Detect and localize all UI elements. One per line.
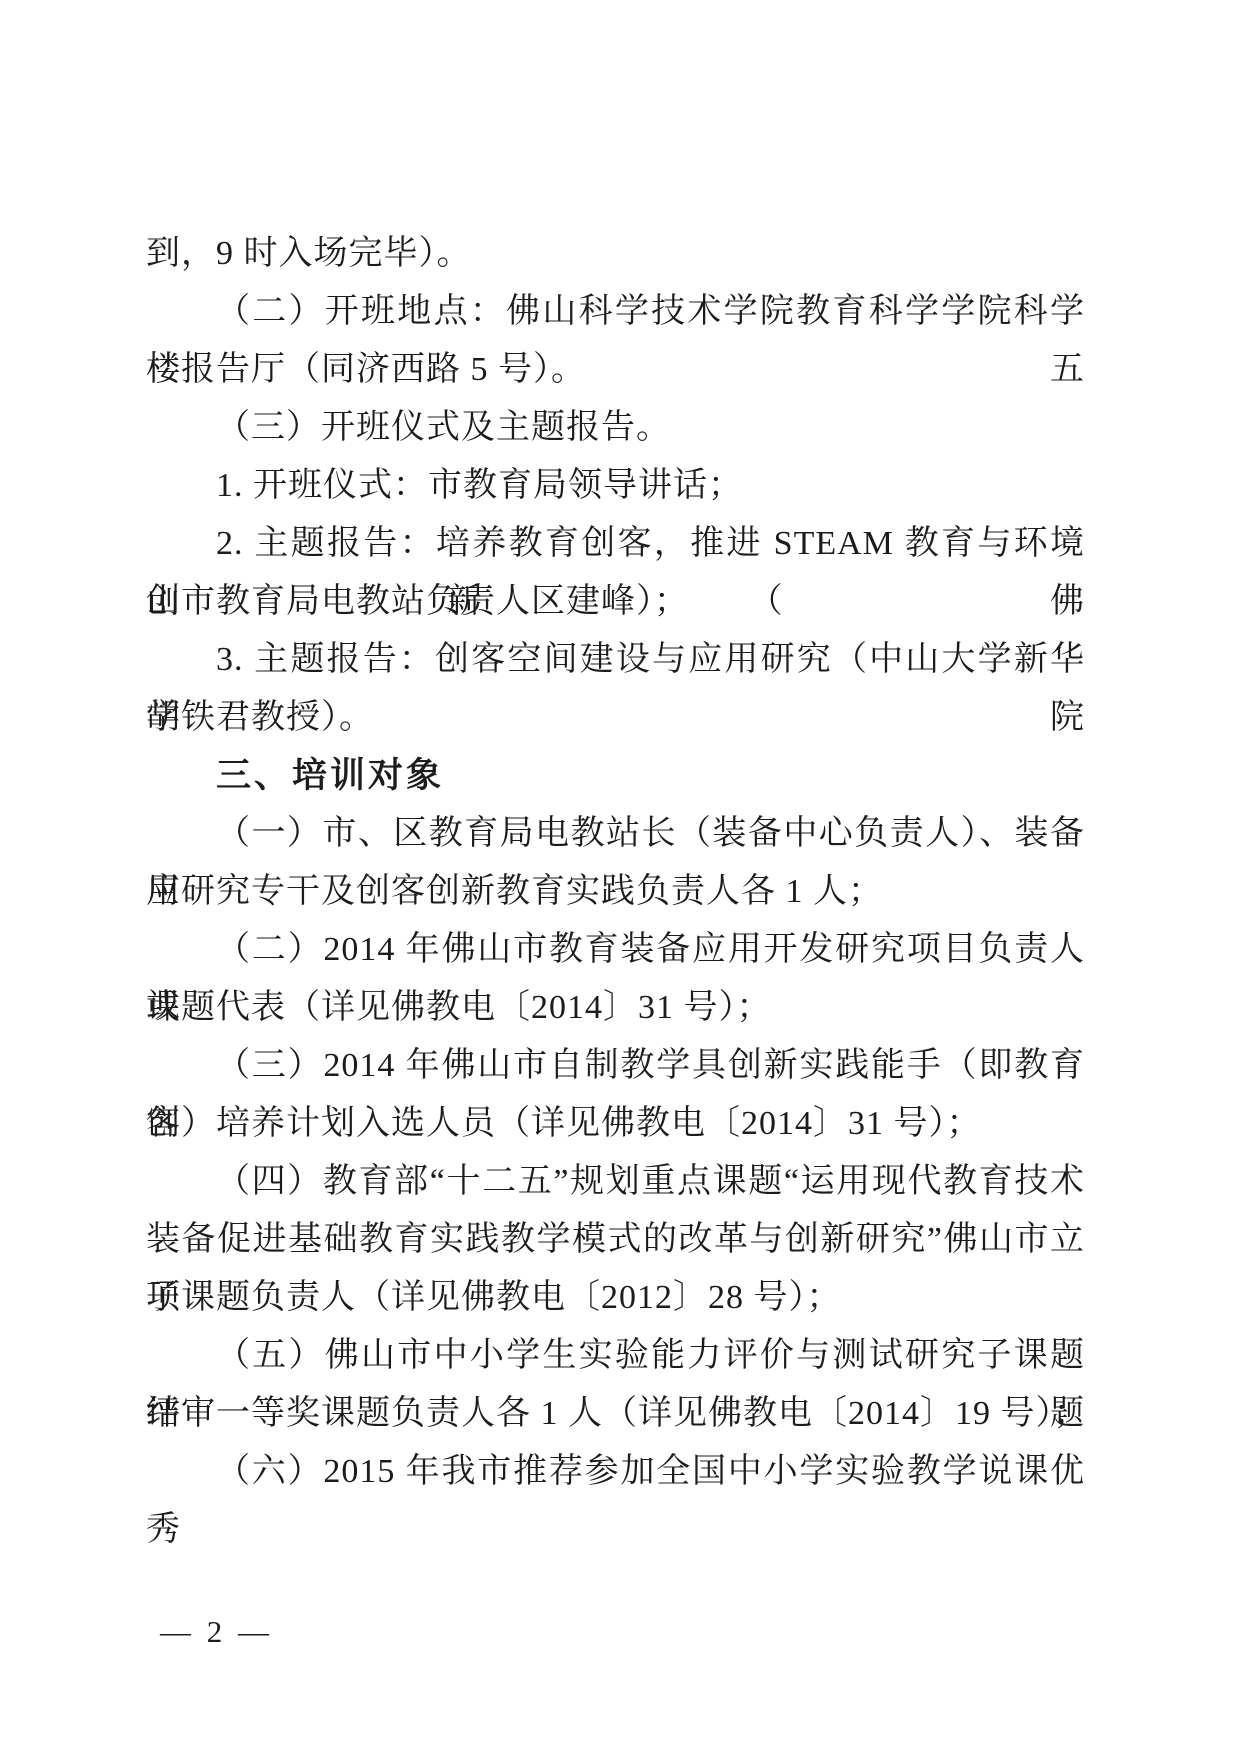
- line-item-2-report: 2. 主题报告：培养教育创客，推进 STEAM 教育与环境创新（佛: [146, 515, 1085, 573]
- line-target-1-cont: 用研究专干及创客创新教育实践负责人各 1 人；: [146, 863, 1085, 921]
- line-target-4-cont2: 子课题负责人（详见佛教电〔2012〕28 号）；: [146, 1269, 1085, 1327]
- line-target-4: （四）教育部“十二五”规划重点课题“运用现代教育技术: [146, 1153, 1085, 1211]
- line-venue: （二）开班地点：佛山科学技术学院教育科学学院科学楼五: [146, 283, 1085, 341]
- line-target-2: （二）2014 年佛山市教育装备应用开发研究项目负责人或: [146, 921, 1085, 979]
- line-item-1-ceremony: 1. 开班仪式：市教育局领导讲话；: [146, 457, 1085, 515]
- line-target-6: （六）2015 年我市推荐参加全国中小学实验教学说课优秀: [146, 1443, 1085, 1501]
- line-entry-time-cont: 到，9 时入场完毕）。: [146, 225, 1085, 283]
- document-page: 到，9 时入场完毕）。 （二）开班地点：佛山科学技术学院教育科学学院科学楼五 楼…: [0, 0, 1240, 1754]
- document-body: 到，9 时入场完毕）。 （二）开班地点：佛山科学技术学院教育科学学院科学楼五 楼…: [146, 225, 1085, 1501]
- page-number: — 2 —: [160, 1612, 273, 1652]
- line-target-2-cont: 课题代表（详见佛教电〔2014〕31 号）；: [146, 979, 1085, 1037]
- line-target-3-cont: 客）培养计划入选人员（详见佛教电〔2014〕31 号）；: [146, 1095, 1085, 1153]
- line-target-3: （三）2014 年佛山市自制教学具创新实践能手（即教育创: [146, 1037, 1085, 1095]
- line-item-3-report: 3. 主题报告：创客空间建设与应用研究（中山大学新华学院: [146, 631, 1085, 689]
- line-target-5: （五）佛山市中小学生实验能力评价与测试研究子课题结题: [146, 1327, 1085, 1385]
- line-target-5-cont: 评审一等奖课题负责人各 1 人（详见佛教电〔2014〕19 号）；: [146, 1385, 1085, 1443]
- line-ceremony-and-reports: （三）开班仪式及主题报告。: [146, 399, 1085, 457]
- line-target-1: （一）市、区教育局电教站长（装备中心负责人）、装备应: [146, 805, 1085, 863]
- line-target-4-cont: 装备促进基础教育实践教学模式的改革与创新研究”佛山市立项: [146, 1211, 1085, 1269]
- section-heading-training-targets: 三、培训对象: [146, 747, 1085, 805]
